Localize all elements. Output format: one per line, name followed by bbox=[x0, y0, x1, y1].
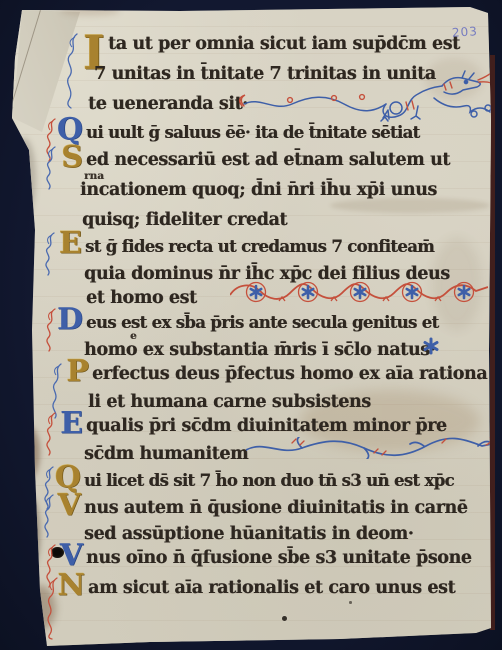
line-text: sed assūptione hūanitatis in deom· bbox=[84, 524, 413, 544]
line-text: sc̄dm humanitem bbox=[84, 444, 248, 464]
line-text: nus oīno n̄ q̄fusione sb̄e s3 unitate p̄… bbox=[86, 548, 472, 568]
line-text: te ueneranda sit· bbox=[88, 94, 248, 114]
illuminated-initial: E bbox=[59, 229, 82, 259]
line-text: ed necessariū est ad et̄nam salutem ut bbox=[86, 150, 450, 170]
text-line: et homo est bbox=[86, 288, 197, 308]
floral-line-filler bbox=[230, 279, 488, 305]
text-line: E qualis p̄ri sc̄dm diuinitatem minor p̄… bbox=[86, 416, 447, 436]
text-line: sc̄dm humanitem bbox=[84, 444, 248, 464]
illuminated-initial: D bbox=[57, 305, 83, 335]
vine-line-filler bbox=[246, 437, 492, 459]
text-line: V nus autem n̄ q̄usione diuinitatis in c… bbox=[84, 498, 467, 518]
text-line: S ed necessariū est ad et̄nam salutem ut bbox=[86, 150, 450, 170]
speck bbox=[282, 616, 287, 621]
text-line: quisq; fideliter credat bbox=[82, 210, 287, 230]
text-line: N am sicut aīa rationalis et caro unus e… bbox=[88, 578, 455, 598]
text-line: sed assūptione hūanitatis in deom· bbox=[84, 524, 413, 544]
manuscript-leaf: 203 I ta ut per omnia sicut iam sup̄dc̄m… bbox=[0, 0, 502, 650]
ink-showthrough bbox=[330, 198, 490, 213]
illuminated-initial: N bbox=[58, 571, 85, 601]
line-text: homo ex substantia m̄ris ī sc̄lo natus· bbox=[84, 340, 435, 360]
text-line: Q ui uult ḡ saluus ēē· ita de t̄nitate … bbox=[86, 122, 419, 142]
line-text: qualis p̄ri sc̄dm diuinitatem minor p̄re bbox=[86, 416, 447, 436]
stain bbox=[18, 495, 40, 573]
text-line: E st ḡ fides recta ut credamus 7 confit… bbox=[85, 236, 434, 256]
text-line: e homo ex substantia m̄ris ī sc̄lo natus… bbox=[84, 340, 435, 360]
stain bbox=[12, 138, 36, 218]
text-line: P erfectus deus p̄fectus homo ex aīa rat… bbox=[92, 364, 487, 384]
line-text: ta ut per omnia sicut iam sup̄dc̄m est bbox=[108, 34, 460, 54]
interlinear-correction: e bbox=[130, 330, 137, 342]
line-text: et homo est bbox=[86, 288, 197, 308]
text-line: Q ui licet ds̄ sit 7 h̄o non duo tn̄ s3 … bbox=[84, 470, 454, 490]
text-line: I ta ut per omnia sicut iam sup̄dc̄m est bbox=[108, 34, 460, 54]
blue-flower-ornament bbox=[420, 335, 442, 357]
interlinear-correction: rna bbox=[84, 170, 104, 182]
penwork-flourish-icon bbox=[63, 32, 81, 110]
text-line: li et humana carne subsistens bbox=[88, 392, 371, 412]
text-line: te ueneranda sit· bbox=[88, 94, 248, 114]
illuminated-initial: V bbox=[60, 541, 83, 571]
line-text: erfectus deus p̄fectus homo ex aīa ratio… bbox=[92, 364, 487, 384]
penwork-flourish-icon bbox=[43, 411, 59, 457]
text-line: D eus est ex sb̄a p̄ris ante secula geni… bbox=[86, 312, 438, 332]
penwork-flourish-icon bbox=[42, 231, 58, 277]
line-text: incationem quoq; d̄ni n̄ri ih̄u xp̄i unu… bbox=[80, 180, 437, 200]
line-text: nus autem n̄ q̄usione diuinitatis in car… bbox=[84, 498, 467, 518]
penwork-flourish-icon bbox=[41, 493, 57, 539]
dragon-drawing bbox=[238, 64, 496, 122]
illuminated-initial: S bbox=[61, 143, 83, 173]
line-text: am sicut aīa rationalis et caro unus est bbox=[88, 578, 455, 598]
line-text: li et humana carne subsistens bbox=[88, 392, 371, 412]
text-line: V nus oīno n̄ q̄fusione sb̄e s3 unitate … bbox=[86, 548, 472, 568]
speck bbox=[349, 601, 352, 604]
illuminated-initial: E bbox=[60, 409, 83, 439]
illuminated-initial: V bbox=[58, 491, 81, 521]
manuscript-photo: 203 I ta ut per omnia sicut iam sup̄dc̄m… bbox=[0, 0, 502, 650]
line-text: quisq; fideliter credat bbox=[82, 210, 287, 230]
text-line: rna incationem quoq; d̄ni n̄ri ih̄u xp̄i… bbox=[80, 180, 437, 200]
line-text: ui licet ds̄ sit 7 h̄o non duo tn̄ s3 un… bbox=[84, 470, 454, 490]
line-text: st ḡ fides recta ut credamus 7 confitea… bbox=[85, 236, 434, 256]
line-text: ui uult ḡ saluus ēē· ita de t̄nitate sē… bbox=[86, 122, 419, 142]
line-text: eus est ex sb̄a p̄ris ante secula genitu… bbox=[86, 312, 438, 332]
penwork-flourish-icon bbox=[43, 145, 59, 191]
stain bbox=[14, 425, 40, 480]
illuminated-initial: P bbox=[66, 357, 89, 387]
